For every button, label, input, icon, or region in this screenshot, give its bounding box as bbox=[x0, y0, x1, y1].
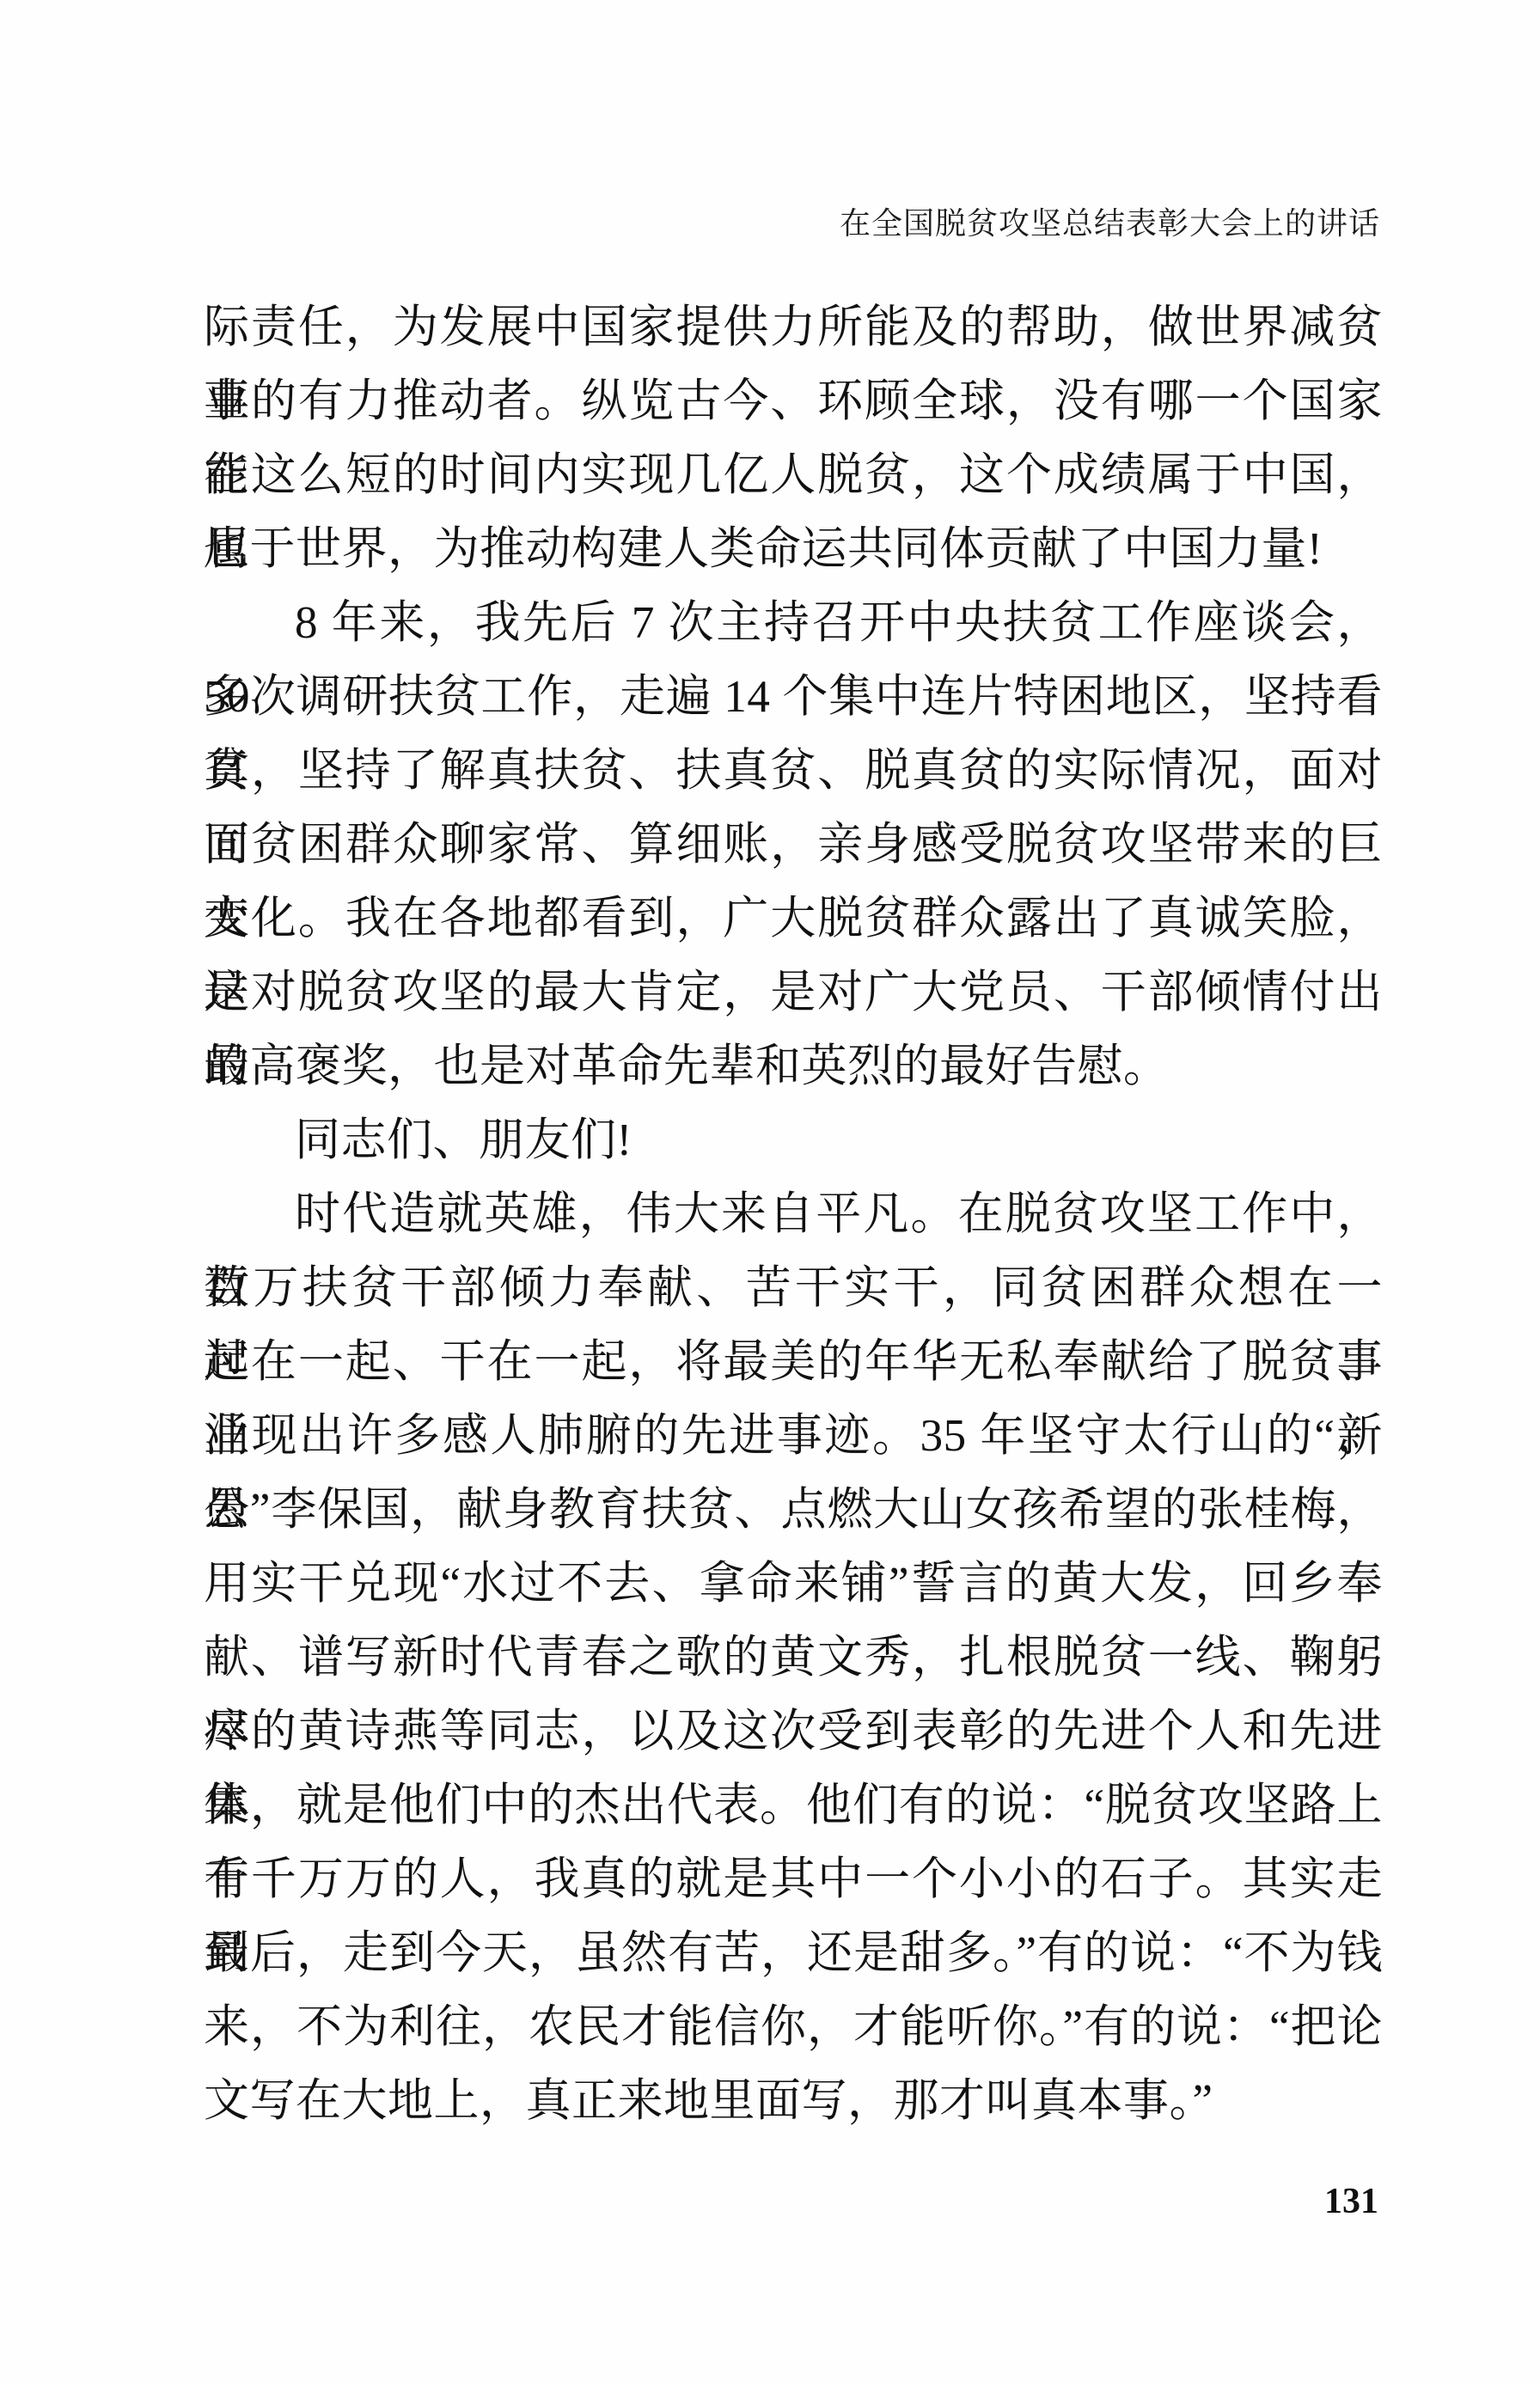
text-line: 是对脱贫攻坚的最大肯定，是对广大党员、干部倾情付出的 bbox=[204, 956, 1383, 1029]
text-line: 献、谱写新时代青春之歌的黄文秀，扎根脱贫一线、鞠躬尽 bbox=[204, 1621, 1383, 1695]
book-page: 在全国脱贫攻坚总结表彰大会上的讲话 际责任，为发展中国家提供力所能及的帮助，做世… bbox=[0, 0, 1540, 2382]
text-line: 同志们、朋友们! bbox=[204, 1103, 1383, 1177]
text-line: 贫，坚持了解真扶贫、扶真贫、脱真贫的实际情况，面对面 bbox=[204, 734, 1383, 808]
text-line: 用实干兑现“水过不去、拿命来铺”誓言的黄大发，回乡奉 bbox=[204, 1547, 1383, 1621]
text-line: 属于世界，为推动构建人类命运共同体贡献了中国力量! bbox=[204, 512, 1383, 586]
text-line: 业的有力推动者。纵览古今、环顾全球，没有哪一个国家能 bbox=[204, 364, 1383, 438]
running-header: 在全国脱贫攻坚总结表彰大会上的讲话 bbox=[840, 206, 1380, 241]
text-line: 在这么短的时间内实现几亿人脱贫，这个成绩属于中国，也 bbox=[204, 438, 1383, 512]
text-line: 多次调研扶贫工作，走遍 14 个集中连片特困地区，坚持看真 bbox=[204, 660, 1383, 734]
text-line: 公”李保国，献身教育扶贫、点燃大山女孩希望的张桂梅， bbox=[204, 1473, 1383, 1547]
text-line: 瘁的黄诗燕等同志，以及这次受到表彰的先进个人和先进集 bbox=[204, 1695, 1383, 1768]
text-line: 过在一起、干在一起，将最美的年华无私奉献给了脱贫事业， bbox=[204, 1325, 1383, 1399]
text-line: 最后，走到今天，虽然有苦，还是甜多。”有的说：“不为钱 bbox=[204, 1916, 1383, 1990]
text-line: 体，就是他们中的杰出代表。他们有的说：“脱贫攻坚路上有 bbox=[204, 1768, 1383, 1842]
text-line: 文写在大地上，真正来地里面写，那才叫真本事。” bbox=[204, 2064, 1383, 2138]
body-text: 际责任，为发展中国家提供力所能及的帮助，做世界减贫事业的有力推动者。纵览古今、环… bbox=[204, 290, 1383, 2138]
text-line: 千千万万的人，我真的就是其中一个小小的石子。其实走到 bbox=[204, 1842, 1383, 1916]
text-line: 来，不为利往，农民才能信你，才能听你。”有的说：“把论 bbox=[204, 1990, 1383, 2064]
text-line: 同贫困群众聊家常、算细账，亲身感受脱贫攻坚带来的巨大 bbox=[204, 808, 1383, 882]
text-line: 变化。我在各地都看到，广大脱贫群众露出了真诚笑脸，这 bbox=[204, 882, 1383, 956]
text-line: 时代造就英雄，伟大来自平凡。在脱贫攻坚工作中，数 bbox=[204, 1177, 1383, 1251]
text-line: 百万扶贫干部倾力奉献、苦干实干，同贫困群众想在一起、 bbox=[204, 1251, 1383, 1325]
text-line: 8 年来，我先后 7 次主持召开中央扶贫工作座谈会，50 bbox=[204, 586, 1383, 660]
page-number: 131 bbox=[1324, 2181, 1378, 2222]
text-line: 最高褒奖，也是对革命先辈和英烈的最好告慰。 bbox=[204, 1029, 1383, 1103]
text-line: 际责任，为发展中国家提供力所能及的帮助，做世界减贫事 bbox=[204, 290, 1383, 364]
text-line: 涌现出许多感人肺腑的先进事迹。35 年坚守太行山的“新愚 bbox=[204, 1399, 1383, 1473]
